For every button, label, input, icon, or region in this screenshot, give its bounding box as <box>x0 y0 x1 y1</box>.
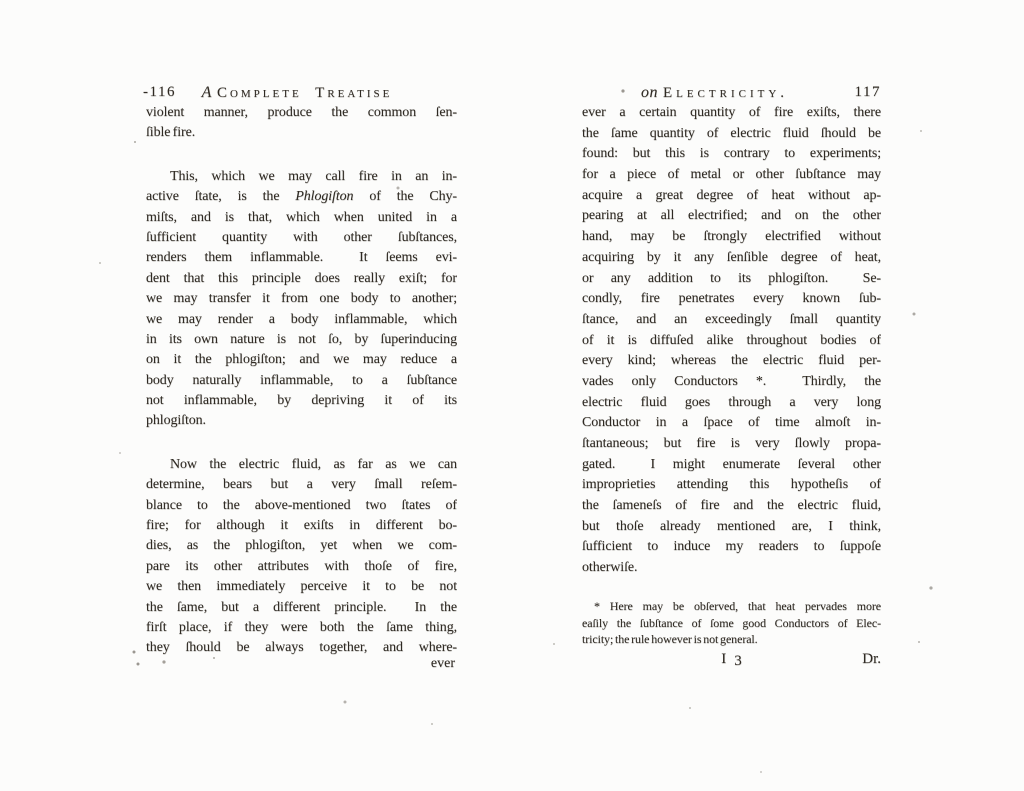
text-line: electric fluid goes through a very long <box>582 393 881 414</box>
text-line: we may render a body inflammable, which <box>146 310 457 330</box>
text-line: renders them inflammable. It ſeems evi- <box>146 248 457 268</box>
signature-mark: I3 <box>582 651 881 668</box>
text-line: in its own nature is not ſo, by ſuperind… <box>146 330 457 350</box>
left-running-title-article: A <box>202 84 212 101</box>
text-line: the ſameneſs of fire and the electric fl… <box>582 496 881 517</box>
text-line: ſtantaneous; but fire is very ſlowly pro… <box>582 434 881 455</box>
text-line: This, which we may call fire in an in- <box>146 167 457 187</box>
text-line: fire; for although it exiſts in differen… <box>146 516 457 536</box>
text-line: Conductor in a ſpace of time almoſt in- <box>582 413 881 434</box>
text-line: improprieties attending this hypotheſis … <box>582 475 881 496</box>
text-line: condly, fire penetrates every known ſub- <box>582 289 881 310</box>
text-line: ſtance, and an exceedingly ſmall quantit… <box>582 310 881 331</box>
left-page-text: violent manner, produce the common ſen-ſ… <box>146 103 457 659</box>
left-running-head: -116 AComplete Treatise <box>146 84 457 103</box>
text-line: gated. I might enumerate ſeveral other <box>582 455 881 476</box>
text-line: blance to the above-mentioned two ſtates… <box>146 496 457 516</box>
text-line: for a piece of metal or other ſubſtance … <box>582 165 881 186</box>
text-line: phlogiſton. <box>146 411 457 431</box>
text-line: dent that this principle does really exi… <box>146 269 457 289</box>
italic-term: Phlogiſton <box>295 189 353 204</box>
signature-row: I3 Dr. <box>582 651 881 671</box>
signature-number: 3 <box>734 653 742 670</box>
paragraph: * Here may be obſerved, that heat pervad… <box>582 598 881 648</box>
right-page-number: 117 <box>855 84 881 101</box>
left-running-title: AComplete Treatise <box>146 84 457 102</box>
text-line: the ſame, but a different principle. In … <box>146 598 457 618</box>
text-line: body naturally inflammable, to a ſubſtan… <box>146 371 457 391</box>
left-page: -116 AComplete Treatise violent manner, … <box>146 84 457 672</box>
text-line: acquiring by it any ſenſible degree of h… <box>582 248 881 269</box>
text-line: we may transfer it from one body to anot… <box>146 289 457 309</box>
text-line: pare its other attributes with thoſe of … <box>146 557 457 577</box>
text-line: dies, as the phlogiſton, yet when we com… <box>146 536 457 556</box>
text-line: otherwiſe. <box>582 558 881 579</box>
right-catchword: Dr. <box>862 651 881 668</box>
paragraph: violent manner, produce the common ſen-ſ… <box>146 103 457 144</box>
right-running-title-text: Electricity. <box>663 85 788 101</box>
text-line: firſt place, if they were both the ſame … <box>146 618 457 638</box>
text-line: determine, bears but a very ſmall reſem- <box>146 475 457 495</box>
left-page-number: -116 <box>143 84 176 101</box>
text-line: Now the electric fluid, as far as we can <box>146 455 457 475</box>
text-line: we then immediately perceive it to be no… <box>146 577 457 597</box>
text-line: every kind; whereas the electric fluid p… <box>582 351 881 372</box>
text-line: ſible fire. <box>146 123 457 143</box>
footnote: * Here may be obſerved, that heat pervad… <box>582 598 881 648</box>
text-line: or any addition to its phlogiſton. Se- <box>582 269 881 290</box>
text-line: pearing at all electrified; and on the o… <box>582 206 881 227</box>
text-line: violent manner, produce the common ſen- <box>146 103 457 123</box>
text-line: active ſtate, is the Phlogiſton of the C… <box>146 187 457 207</box>
left-running-title-text: Complete Treatise <box>217 85 392 101</box>
right-page-text: ever a certain quantity of fire exiſts, … <box>582 103 881 579</box>
text-line: vades only Conductors *. Thirdly, the <box>582 372 881 393</box>
text-line: hand, may be ſtrongly electrified withou… <box>582 227 881 248</box>
right-page: onElectricity. 117 ever a certain quanti… <box>582 84 881 671</box>
right-running-head: onElectricity. 117 <box>582 84 881 103</box>
text-line: ſufficient to induce my readers to ſuppo… <box>582 537 881 558</box>
text-line: ever a certain quantity of fire exiſts, … <box>582 103 881 124</box>
scan-specks <box>0 0 2 2</box>
text-line: acquire a great degree of heat without a… <box>582 186 881 207</box>
text-line: miſts, and is that, which when united in… <box>146 208 457 228</box>
paragraph: ever a certain quantity of fire exiſts, … <box>582 103 881 579</box>
text-line: tricity; the rule however is not general… <box>582 631 881 648</box>
paragraph: Now the electric fluid, as far as we can… <box>146 455 457 659</box>
text-line: the ſame quantity of electric fluid ſhou… <box>582 124 881 145</box>
text-line: found: but this is contrary to experimen… <box>582 144 881 165</box>
text-line: but thoſe already mentioned are, I think… <box>582 517 881 538</box>
text-line: eaſily the ſubſtance of ſome good Conduc… <box>582 615 881 632</box>
text-line: of it is diffuſed alike throughout bodie… <box>582 331 881 352</box>
text-line: they ſhould be always together, and wher… <box>146 638 457 658</box>
text-line: ſufficient quantity with other ſubſtance… <box>146 228 457 248</box>
signature-letter: I <box>721 651 726 667</box>
text-line: on it the phlogiſton; and we may reduce … <box>146 350 457 370</box>
right-running-title: onElectricity. <box>582 84 881 102</box>
text-line: not inflammable, by depriving it of its <box>146 391 457 411</box>
paragraph: This, which we may call fire in an in-ac… <box>146 167 457 432</box>
right-running-title-preposition: on <box>641 84 658 101</box>
text-line: * Here may be obſerved, that heat pervad… <box>582 598 881 615</box>
